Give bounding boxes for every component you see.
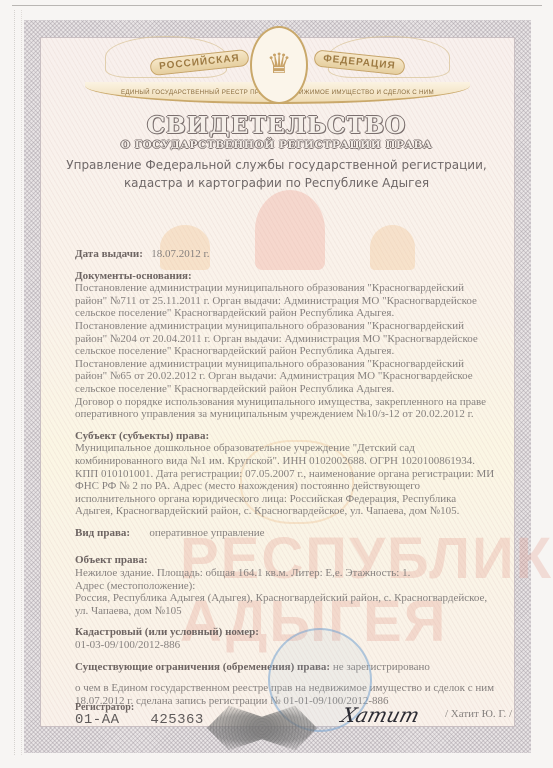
basis-document: Постановление администрации муниципально…: [75, 282, 495, 320]
double-headed-eagle-icon: ♛: [266, 51, 291, 79]
authority-line: кадастра и картографии по Республике Ады…: [0, 174, 553, 192]
registrar-block: Регистратор: 01-АА 425363: [75, 703, 204, 727]
registrar-signature: Хатит: [339, 703, 422, 727]
state-emblem: РОССИЙСКАЯ ФЕДЕРАЦИЯ ЕДИНЫЙ ГОСУДАРСТВЕН…: [85, 24, 470, 114]
right-object: Объект права: Нежилое здание. Площадь: о…: [75, 554, 495, 617]
right-holder-label: Субъект (субъекты) права:: [75, 430, 495, 443]
object-address: Россия, Республика Адыгея (Адыгея), Крас…: [75, 592, 495, 617]
right-holder-value: Муниципальное дошкольное образовательное…: [75, 442, 495, 518]
right-type-label: Вид права:: [75, 527, 130, 539]
right-object-label: Объект права:: [75, 554, 495, 567]
cadastral-number-label: Кадастровый (или условный) номер:: [75, 626, 495, 639]
authority-line: Управление Федеральной службы государств…: [0, 156, 553, 174]
right-holder: Субъект (субъекты) права: Муниципальное …: [75, 430, 495, 518]
certificate-title: СВИДЕТЕЛЬСТВО: [0, 112, 553, 139]
object-address-label: Адрес (местоположение):: [75, 580, 495, 593]
issue-date: Дата выдачи: 18.07.2012 г.: [75, 248, 495, 261]
issuing-authority: Управление Федеральной службы государств…: [0, 156, 553, 192]
right-type-value: оперативное управление: [149, 527, 264, 539]
form-series: 01-АА: [75, 712, 120, 728]
right-type: Вид права: оперативное управление: [75, 527, 495, 540]
basis-documents: Документы-основания: Постановление админ…: [75, 270, 495, 421]
scan-edge: [12, 5, 542, 6]
form-number: 01-АА 425363: [75, 713, 204, 727]
basis-document: Постановление администрации муниципально…: [75, 320, 495, 358]
form-serial: 425363: [150, 712, 203, 728]
basis-documents-label: Документы-основания:: [75, 270, 495, 283]
object-description: Нежилое здание. Площадь: общая 164.1 кв.…: [75, 567, 495, 580]
coat-of-arms: ♛: [250, 26, 308, 104]
issue-date-label: Дата выдачи:: [75, 248, 143, 260]
signer-name: / Хатит Ю. Г. /: [445, 708, 512, 720]
certificate-body: Дата выдачи: 18.07.2012 г. Документы-осн…: [75, 248, 495, 707]
issue-date-value: 18.07.2012 г.: [151, 248, 209, 260]
basis-document: Постановление администрации муниципально…: [75, 358, 495, 396]
basis-document: Договор о порядке использования муниципа…: [75, 396, 495, 421]
certificate-subtitle: О ГОСУДАРСТВЕННОЙ РЕГИСТРАЦИИ ПРАВА: [0, 139, 553, 151]
